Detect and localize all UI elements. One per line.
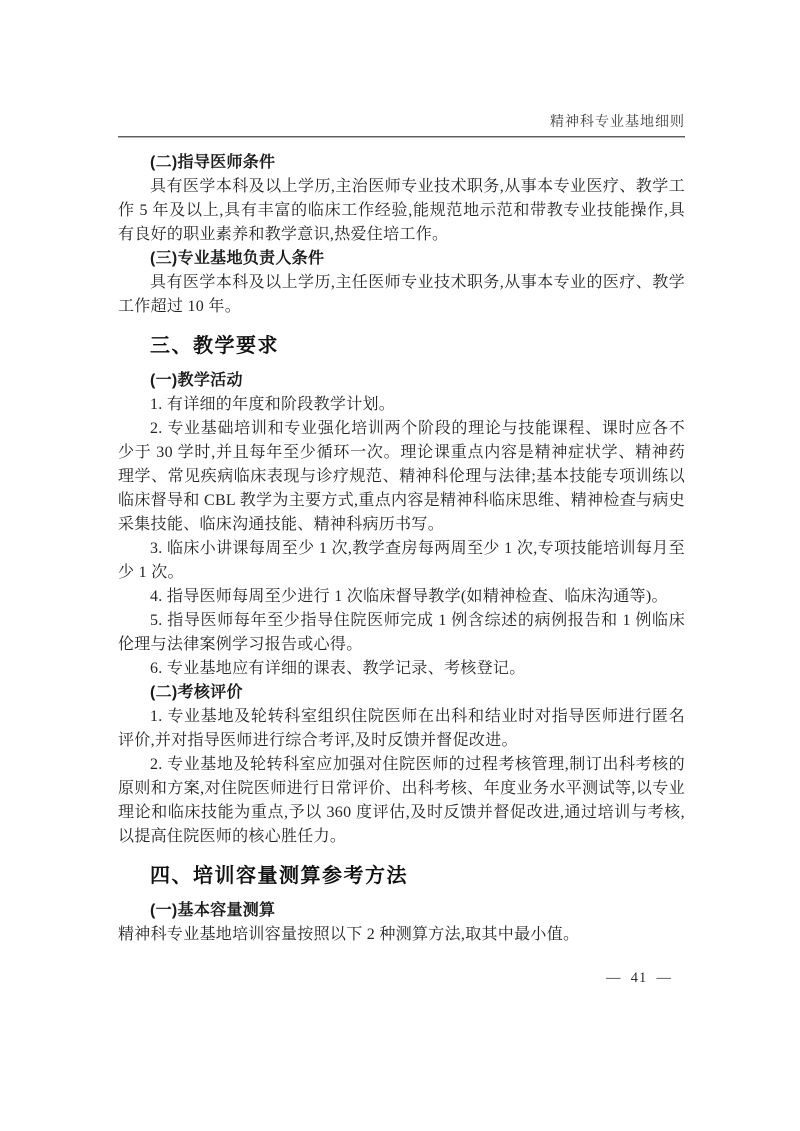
body-paragraph: 1. 专业基地及轮转科室组织住院医师在出科和结业时对指导医师进行匿名评价,并对指… bbox=[118, 705, 685, 753]
body-paragraph: 5. 指导医师每年至少指导住院医师完成 1 例含综述的病例报告和 1 例临床伦理… bbox=[118, 609, 685, 657]
body-paragraph: 1. 有详细的年度和阶段教学计划。 bbox=[118, 393, 685, 417]
running-header: 精神科专业基地细则 bbox=[118, 112, 685, 130]
subheading-supervisor-conditions: (二)指导医师条件 bbox=[118, 151, 685, 175]
body-paragraph: 具有医学本科及以上学历,主治医师专业技术职务,从事本专业医疗、教学工作 5 年及… bbox=[118, 175, 685, 247]
text-column: 精神科专业基地细则 (二)指导医师条件 具有医学本科及以上学历,主治医师专业技术… bbox=[118, 112, 685, 947]
subheading-base-director-conditions: (三)专业基地负责人条件 bbox=[118, 247, 685, 271]
body-paragraph: 4. 指导医师每周至少进行 1 次临床督导教学(如精神检查、临床沟通等)。 bbox=[118, 585, 685, 609]
body-paragraph: 具有医学本科及以上学历,主任医师专业技术职务,从事本专业的医疗、教学工作超过 1… bbox=[118, 271, 685, 319]
section-heading-capacity-calculation: 四、培训容量测算参考方法 bbox=[118, 862, 685, 890]
body-paragraph: 6. 专业基地应有详细的课表、教学记录、考核登记。 bbox=[118, 657, 685, 681]
page-number: — 41 — bbox=[606, 970, 672, 987]
subheading-teaching-activities: (一)教学活动 bbox=[118, 369, 685, 393]
section-heading-teaching-requirements: 三、教学要求 bbox=[118, 332, 685, 360]
subheading-basic-capacity: (一)基本容量测算 bbox=[118, 899, 685, 923]
body-paragraph: 2. 专业基础培训和专业强化培训两个阶段的理论与技能课程、课时应各不少于 30 … bbox=[118, 417, 685, 537]
header-rule bbox=[118, 136, 685, 138]
body-paragraph: 精神科专业基地培训容量按照以下 2 种测算方法,取其中最小值。 bbox=[118, 923, 685, 947]
document-page: 精神科专业基地细则 (二)指导医师条件 具有医学本科及以上学历,主治医师专业技术… bbox=[0, 0, 800, 1131]
body-paragraph: 3. 临床小讲课每周至少 1 次,教学查房每两周至少 1 次,专项技能培训每月至… bbox=[118, 537, 685, 585]
subheading-assessment-evaluation: (二)考核评价 bbox=[118, 681, 685, 705]
body-paragraph: 2. 专业基地及轮转科室应加强对住院医师的过程考核管理,制订出科考核的原则和方案… bbox=[118, 753, 685, 849]
